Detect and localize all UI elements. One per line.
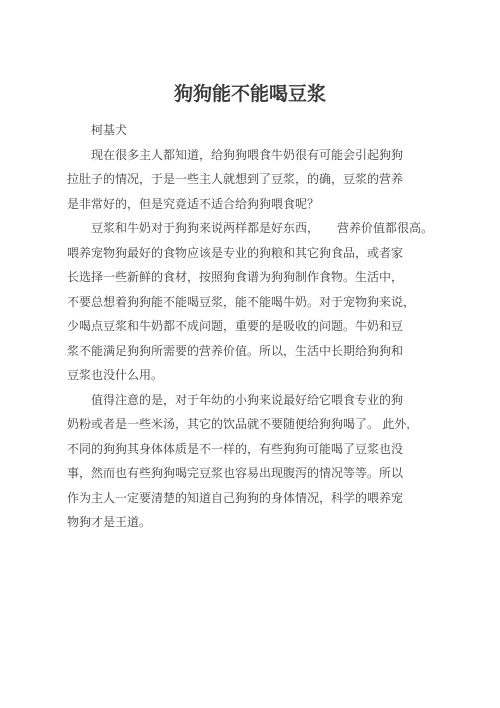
paragraph-line: 现在很多主人都知道，给狗狗喂食牛奶很有可能会引起狗狗 (67, 143, 433, 168)
byline-text: 柯基犬 (67, 118, 433, 143)
paragraph-line: 豆浆和牛奶对于狗狗来说两样都是好东西， 营养价值都很高。 (67, 216, 433, 241)
paragraph-line: 浆不能满足狗狗所需要的营养价值。所以，生活中长期给狗狗和 (67, 339, 433, 364)
article-body: 柯基犬 现在很多主人都知道，给狗狗喂食牛奶很有可能会引起狗狗 拉肚子的情况，于是… (67, 118, 433, 535)
paragraph-line: 作为主人一定要清楚的知道自己狗狗的身体情况，科学的喂养宠 (67, 486, 433, 511)
paragraph-line: 不同的狗狗其身体体质是不一样的，有些狗狗可能喝了豆浆也没 (67, 437, 433, 462)
paragraph-line: 拉肚子的情况，于是一些主人就想到了豆浆，的确，豆浆的营养 (67, 167, 433, 192)
paragraph-line: 少喝点豆浆和牛奶都不成问题，重要的是吸收的问题。牛奶和豆 (67, 314, 433, 339)
paragraph-line: 豆浆也没什么用。 (67, 363, 433, 388)
paragraph-line: 长选择一些新鲜的食材，按照狗食谱为狗狗制作食物。生活中， (67, 265, 433, 290)
paragraph-line: 喂养宠物狗最好的食物应该是专业的狗粮和其它狗食品，或者家 (67, 241, 433, 266)
paragraph-line: 事，然而也有些狗狗喝完豆浆也容易出现腹泻的情况等等。所以 (67, 461, 433, 486)
paragraph-line: 不要总想着狗狗能不能喝豆浆，能不能喝牛奶。对于宠物狗来说， (67, 290, 433, 315)
document-title: 狗狗能不能喝豆浆 (0, 84, 500, 105)
document-page: 狗狗能不能喝豆浆 柯基犬 现在很多主人都知道，给狗狗喂食牛奶很有可能会引起狗狗 … (0, 0, 500, 708)
paragraph-line: 物狗才是王道。 (67, 510, 433, 535)
paragraph-line: 奶粉或者是一些米汤，其它的饮品就不要随便给狗狗喝了。 此外, (67, 412, 433, 437)
paragraph-line: 是非常好的，但是究竟适不适合给狗狗喂食呢？ (67, 192, 433, 217)
paragraph-line: 值得注意的是，对于年幼的小狗来说最好给它喂食专业的狗 (67, 388, 433, 413)
